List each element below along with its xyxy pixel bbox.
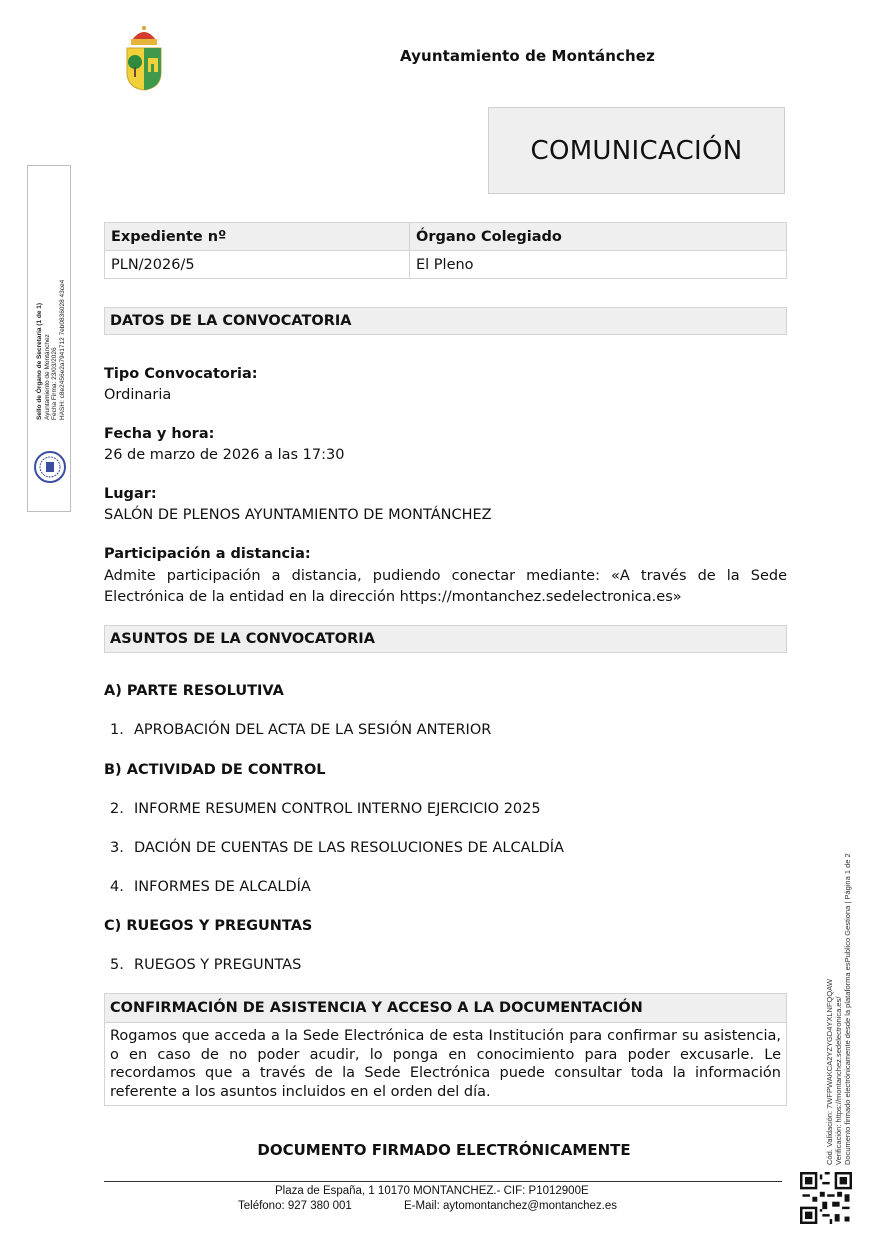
seal-line: Ayuntamiento de Montánchez [44,260,52,420]
signed-notice: DOCUMENTO FIRMADO ELECTRÓNICAMENTE [0,1141,888,1159]
lugar-value: SALÓN DE PLENOS AYUNTAMIENTO DE MONTÁNCH… [104,507,492,523]
tipo-convocatoria-label: Tipo Convocatoria: [104,366,258,382]
item-number: 5. [110,957,134,973]
qr-code-icon [800,1172,852,1224]
lugar-label: Lugar: [104,486,157,502]
seal-line: HASH: c8e2456e2a7941712 7eb0836028 43ce4 [59,260,67,420]
seal-text: Sello de Órgano de Secretaría (1 de 1) A… [36,260,66,420]
document-type-title: COMUNICACIÓN [488,107,785,194]
item-number: 3. [110,840,134,856]
datos-section-header: DATOS DE LA CONVOCATORIA [104,307,787,335]
confirmation-header: CONFIRMACIÓN DE ASISTENCIA Y ACCESO A LA… [105,994,786,1023]
group-header-c: C) RUEGOS Y PREGUNTAS [104,918,312,934]
confirmation-body: Rogamos que acceda a la Sede Electrónica… [105,1023,786,1105]
agenda-item: 2.INFORME RESUMEN CONTROL INTERNO EJERCI… [110,801,541,817]
fecha-hora-label: Fecha y hora: [104,426,214,442]
item-text: INFORMES DE ALCALDÍA [134,879,311,895]
agenda-item: 3.DACIÓN DE CUENTAS DE LAS RESOLUCIONES … [110,840,564,856]
footer-address: Plaza de España, 1 10170 MONTANCHEZ.- CI… [275,1185,589,1197]
coat-of-arms-icon [122,22,166,92]
organo-header: Órgano Colegiado [410,223,787,251]
item-number: 2. [110,801,134,817]
item-number: 1. [110,722,134,738]
platform-page-info: Documento firmado electrónicamente desde… [843,785,852,1165]
organo-value: El Pleno [410,251,787,279]
footer-divider [104,1181,782,1182]
confirmation-box: CONFIRMACIÓN DE ASISTENCIA Y ACCESO A LA… [104,993,787,1106]
item-text: DACIÓN DE CUENTAS DE LAS RESOLUCIONES DE… [134,840,564,856]
group-header-a: A) PARTE RESOLUTIVA [104,683,284,699]
seal-line: Sello de Órgano de Secretaría (1 de 1) [36,260,44,420]
expediente-table: Expediente nº Órgano Colegiado PLN/2026/… [104,222,787,279]
item-text: INFORME RESUMEN CONTROL INTERNO EJERCICI… [134,801,541,817]
expediente-header: Expediente nº [105,223,410,251]
validation-code: Cód. Validación: 7WFPWAKCA2YZYGD4YXLNFQQ… [825,785,834,1165]
verification-url: Verificación: https://montanchez.sedelec… [834,785,843,1165]
item-text: APROBACIÓN DEL ACTA DE LA SESIÓN ANTERIO… [134,722,491,738]
agenda-item: 1.APROBACIÓN DEL ACTA DE LA SESIÓN ANTER… [110,722,491,738]
group-header-b: B) ACTIVIDAD DE CONTROL [104,762,326,778]
item-number: 4. [110,879,134,895]
asuntos-section-header: ASUNTOS DE LA CONVOCATORIA [104,625,787,653]
agenda-item: 5.RUEGOS Y PREGUNTAS [110,957,301,973]
participacion-label: Participación a distancia: [104,546,311,562]
seal-line: Fecha Firma: 23/03/2026 [51,260,59,420]
verification-text: Cód. Validación: 7WFPWAKCA2YZYGD4YXLNFQQ… [825,785,852,1165]
official-seal-icon [33,450,67,484]
item-text: RUEGOS Y PREGUNTAS [134,957,301,973]
agenda-item: 4.INFORMES DE ALCALDÍA [110,879,311,895]
fecha-hora-value: 26 de marzo de 2026 a las 17:30 [104,447,344,463]
expediente-value: PLN/2026/5 [105,251,410,279]
organization-name: Ayuntamiento de Montánchez [400,47,655,65]
tipo-convocatoria-value: Ordinaria [104,387,171,403]
footer-email: E-Mail: aytomontanchez@montanchez.es [404,1200,617,1212]
footer-phone: Teléfono: 927 380 001 [238,1200,352,1212]
participacion-value: Admite participación a distancia, pudien… [104,566,787,608]
